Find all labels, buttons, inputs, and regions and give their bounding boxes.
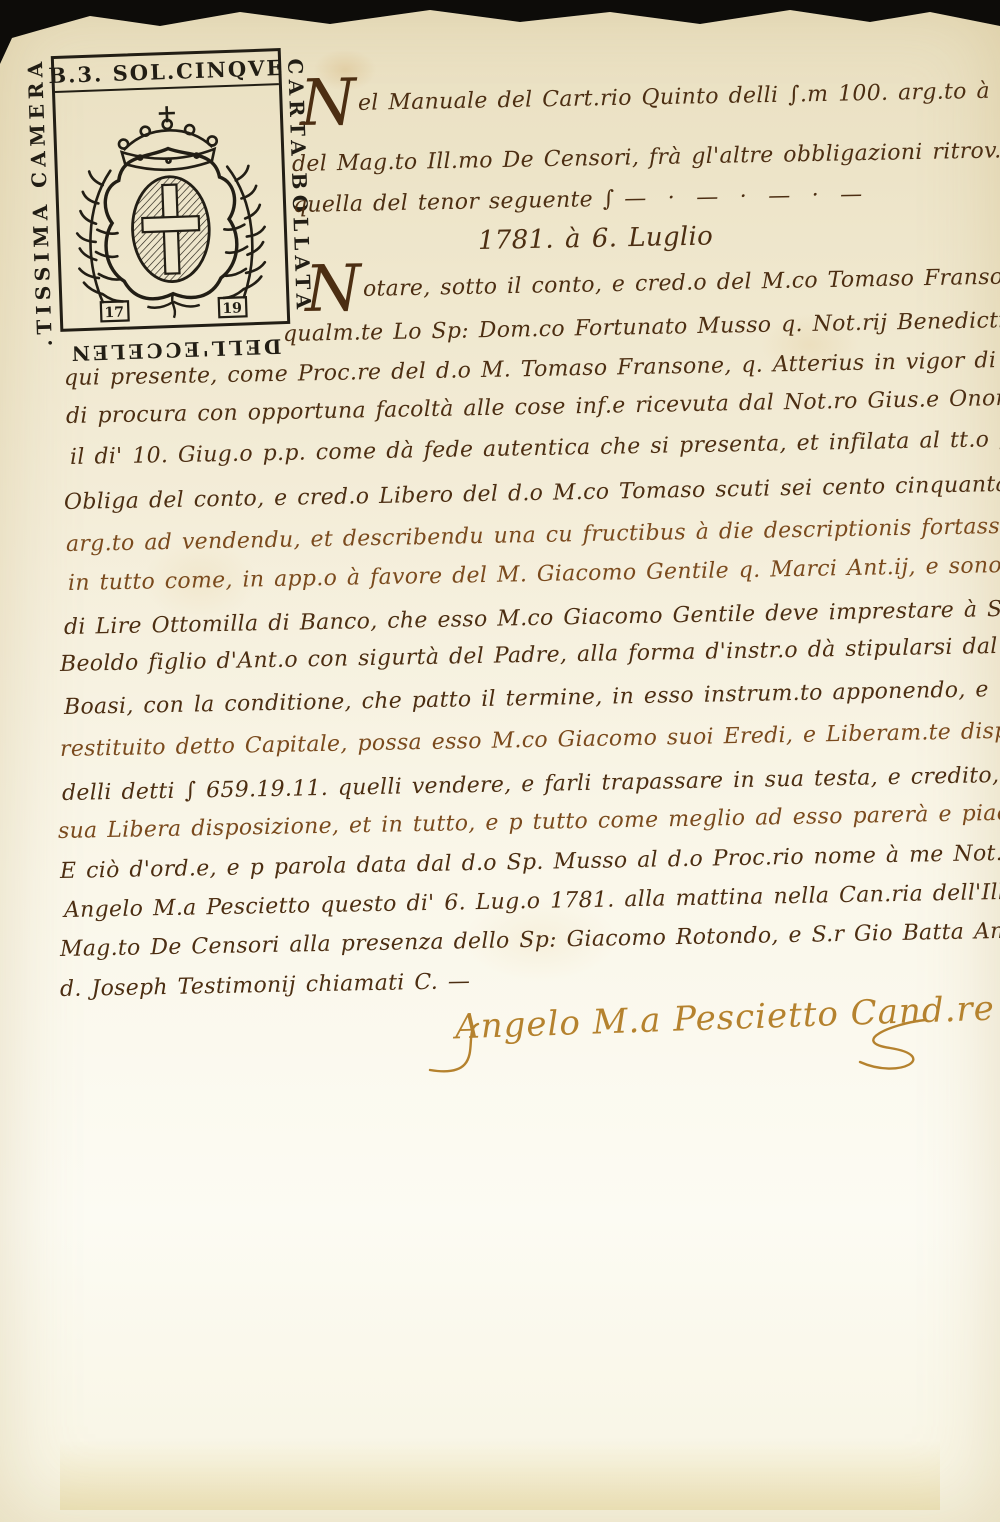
manuscript-line: del Mag.to Ill.mo De Censori, frà gl'alt…	[292, 138, 1000, 177]
manuscript-line: delli detti ∫ 659.19.11. quelli vendere,…	[62, 762, 1000, 806]
illuminated-initial: N	[304, 252, 361, 327]
manuscript-line: di Lire Ottomilla di Banco, che esso M.c…	[64, 595, 1000, 640]
scanned-manuscript-photo: .TISSIMA CAMERA CARTA BOLLATA DELL'ECCEL…	[0, 0, 1000, 1522]
notary-signature: Angelo M.a Pescietto Cand.re	[454, 989, 995, 1048]
manuscript-line: arg.to ad vendendu, et describendu una c…	[66, 512, 1000, 557]
manuscript-text: otare, sotto il conto, e cred.o del M.co…	[363, 263, 1000, 301]
manuscript-line: in tutto come, in app.o à favore del M. …	[68, 551, 1000, 596]
manuscript-line: restituito detto Capitale, possa esso M.…	[60, 718, 1000, 762]
manuscript-line: Beoldo figlio d'Ant.o con sigurtà del Pa…	[60, 632, 1000, 677]
bottom-edge-discoloration	[60, 1440, 940, 1510]
stamp-emblem-coat-of-arms: 17 19	[56, 82, 284, 332]
manuscript-line: Boasi, con la conditione, che patto il t…	[64, 676, 1000, 720]
date-line: 1781. à 6. Luglio	[478, 221, 714, 256]
manuscript-line: Mag.to De Censori alla presenza dello Sp…	[60, 918, 1000, 962]
manuscript-line: qualm.te Lo Sp: Dom.co Fortunato Musso q…	[283, 307, 1000, 347]
stamp-year-left: 17	[104, 305, 124, 322]
line-filler-dashes: — · — · — · —	[624, 182, 868, 212]
manuscript-line: quella del tenor seguente ∫ — · — · — · …	[293, 182, 869, 218]
manuscript-line: d. Joseph Testimonij chiamati C. —	[60, 969, 471, 1002]
manuscript-line: Notare, sotto il conto, e cred.o del M.c…	[305, 263, 1000, 303]
manuscript-line: di procura con opportuna facoltà alle co…	[66, 384, 1000, 429]
manuscript-line: Angelo M.a Pescietto questo di' 6. Lug.o…	[64, 879, 1000, 923]
manuscript-line: il di' 10. Giug.o p.p. come dà fede aute…	[70, 426, 1000, 470]
manuscript-text: el Manuale del Cart.rio Quinto delli ∫.m…	[358, 78, 1000, 116]
stamp-year-right: 19	[222, 300, 242, 317]
revenue-stamp: .TISSIMA CAMERA CARTA BOLLATA DELL'ECCEL…	[25, 43, 316, 365]
illuminated-initial: N	[299, 66, 356, 141]
manuscript-line: E ciò d'ord.e, e p parola data dal d.o S…	[60, 838, 1000, 884]
document-page: .TISSIMA CAMERA CARTA BOLLATA DELL'ECCEL…	[0, 0, 1000, 1522]
manuscript-line: sua Libera disposizione, et in tutto, e …	[58, 800, 1000, 844]
manuscript-opening-line: Nel Manuale del Cart.rio Quinto delli ∫.…	[300, 78, 1000, 117]
manuscript-line: Obliga del conto, e cred.o Libero del d.…	[64, 469, 1000, 515]
manuscript-text: quella del tenor seguente ∫	[293, 187, 615, 218]
